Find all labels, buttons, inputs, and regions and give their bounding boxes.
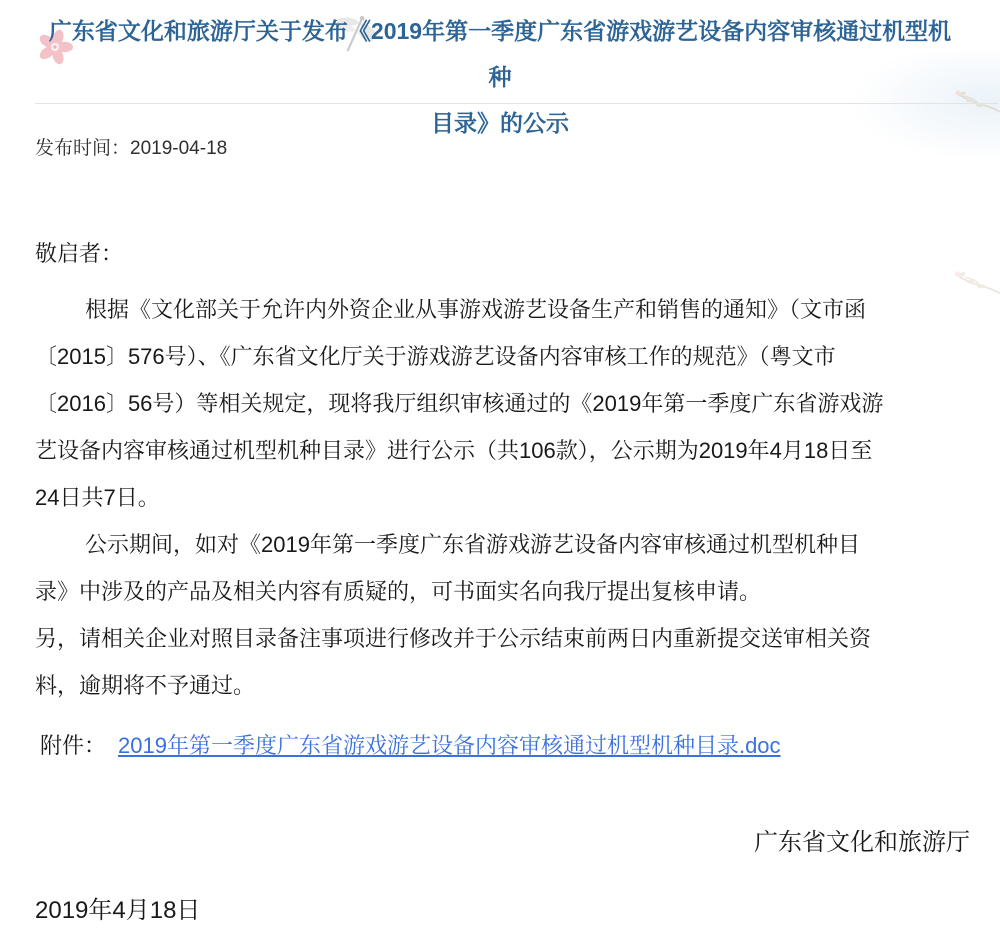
body-line: 艺设备内容审核通过机型机种目录》进行公示（共106款），公示期为2019年4月1… xyxy=(35,427,965,474)
signature-department: 广东省文化和旅游厅 xyxy=(754,822,970,857)
body-line: 〔2015〕576号）、《广东省文化厅关于游戏游艺设备内容审核工作的规范》（粤文… xyxy=(35,333,965,380)
body-line: 公示期间，如对《2019年第一季度广东省游戏游艺设备内容审核通过机型机种目 xyxy=(35,521,965,568)
body-line: 录》中涉及的产品及相关内容有质疑的，可书面实名向我厅提出复核申请。 xyxy=(35,568,965,615)
announcement-page: 广东省文化和旅游厅关于发布《2019年第一季度广东省游戏游艺设备内容审核通过机型… xyxy=(0,0,1000,935)
body-line: 另，请相关企业对照目录备注事项进行修改并于公示结束前两日内重新提交送审相关资 xyxy=(35,615,965,662)
body-line: 根据《文化部关于允许内外资企业从事游戏游艺设备生产和销售的通知》（文市函 xyxy=(35,286,965,333)
attachment-link[interactable]: 2019年第一季度广东省游戏游艺设备内容审核通过机型机种目录.doc xyxy=(118,733,781,758)
body-line: 〔2016〕56号）等相关规定，现将我厅组织审核通过的《2019年第一季度广东省… xyxy=(35,380,965,427)
attachment-row: 附件：2019年第一季度广东省游戏游艺设备内容审核通过机型机种目录.doc xyxy=(40,729,781,760)
page-title: 广东省文化和旅游厅关于发布《2019年第一季度广东省游戏游艺设备内容审核通过机型… xyxy=(38,8,962,146)
publish-time-value: 2019-04-18 xyxy=(130,138,227,159)
signature-date: 2019年4月18日 xyxy=(35,890,200,925)
body-text: 敬启者：根据《文化部关于允许内外资企业从事游戏游艺设备生产和销售的通知》（文市函… xyxy=(35,230,965,709)
body-line: 24日共7日。 xyxy=(35,474,965,521)
body-line: 敬启者： xyxy=(35,230,965,277)
body-line: 料，逾期将不予通过。 xyxy=(35,662,965,709)
publish-time-label: 发布时间： xyxy=(35,138,130,159)
publish-time: 发布时间：2019-04-18 xyxy=(35,133,227,160)
divider xyxy=(35,103,998,104)
page-title-line: 广东省文化和旅游厅关于发布《2019年第一季度广东省游戏游艺设备内容审核通过机型… xyxy=(38,8,962,100)
attachment-label: 附件： xyxy=(40,733,106,758)
